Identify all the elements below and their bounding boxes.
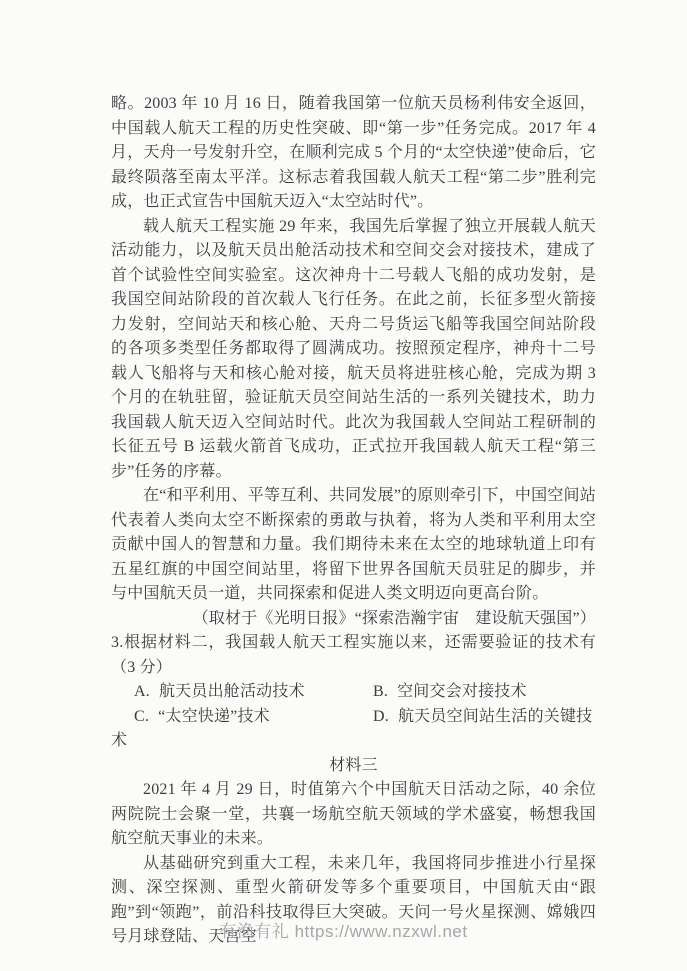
option-c-text: “太空快递”技术 xyxy=(158,708,270,725)
footer-watermark: 有渔有礼 https://www.nzxwl.net xyxy=(0,917,687,942)
question-3-stem: 3.根据材料二，我国载人航天工程实施以来，还需要验证的技术有（3 分） xyxy=(111,631,596,680)
source-attribution: （取材于《光明日报》“探索浩瀚宇宙 建设航天强国”） xyxy=(111,607,596,632)
option-c: C.“太空快递”技术 xyxy=(134,705,373,730)
option-b-label: B. xyxy=(373,683,388,700)
option-b: B.空间交会对接技术 xyxy=(373,680,596,705)
option-d-label: D. xyxy=(373,708,389,725)
option-a-label: A. xyxy=(134,683,150,700)
exam-page: 略。2003 年 10 月 16 日，随着我国第一位航天员杨利伟安全返回，中国载… xyxy=(0,0,687,971)
option-d-text: 航天员空间站生活的关键技 xyxy=(398,708,592,725)
material3-paragraph-1: 2021 年 4 月 29 日，时值第六个中国航天日活动之际，40 余位两院院士… xyxy=(111,778,596,852)
material2-paragraph-3: 在“和平利用、平等互利、共同发展”的原则牵引下，中国空间站代表着人类向太空不断探… xyxy=(111,484,596,607)
option-c-label: C. xyxy=(134,708,149,725)
option-a: A.航天员出舱活动技术 xyxy=(134,680,373,705)
question-3-options-row-2: C.“太空快递”技术 D.航天员空间站生活的关键技 xyxy=(111,705,596,730)
document-content: 略。2003 年 10 月 16 日，随着我国第一位航天员杨利伟安全返回，中国载… xyxy=(111,92,596,950)
option-b-text: 空间交会对接技术 xyxy=(397,683,527,700)
option-d: D.航天员空间站生活的关键技 xyxy=(373,705,596,730)
material3-heading: 材料三 xyxy=(111,754,596,779)
option-a-text: 航天员出舱活动技术 xyxy=(159,683,305,700)
question-3-options-row-1: A.航天员出舱活动技术 B.空间交会对接技术 xyxy=(111,680,596,705)
material2-paragraph-continuation: 略。2003 年 10 月 16 日，随着我国第一位航天员杨利伟安全返回，中国载… xyxy=(111,92,596,215)
option-d-wrap-line: 术 xyxy=(111,729,596,754)
material2-paragraph-2: 载人航天工程实施 29 年来，我国先后掌握了独立开展载人航天活动能力，以及航天员… xyxy=(111,215,596,485)
